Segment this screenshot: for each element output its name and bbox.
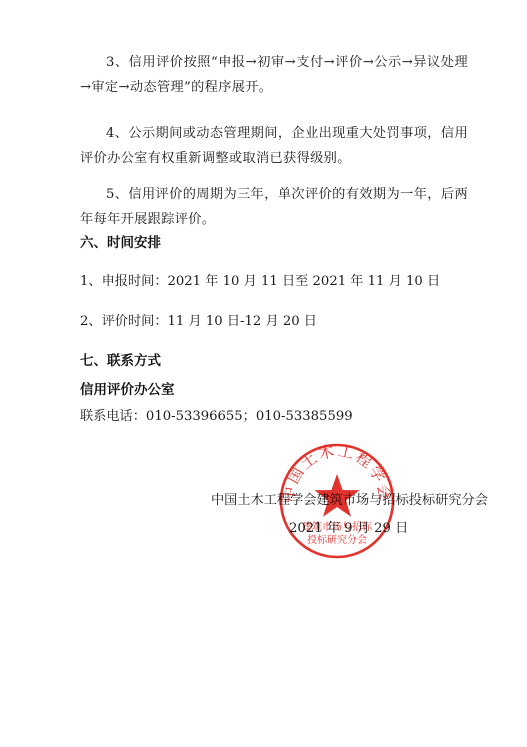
contact-office-name: 信用评价办公室 bbox=[80, 380, 175, 400]
paragraph-item-4: 4、公示期间或动态管理期间，企业出现重大处罚事项，信用评价办公室有权重新调整或取… bbox=[80, 121, 468, 171]
document-page: 3、信用评价按照“申报→初审→支付→评价→公示→异议处理→审定→动态管理”的程序… bbox=[0, 0, 527, 747]
paragraph-item-3: 3、信用评价按照“申报→初审→支付→评价→公示→异议处理→审定→动态管理”的程序… bbox=[80, 50, 468, 100]
seal-inner-line2: 投标研究分会 bbox=[307, 533, 367, 546]
star-icon bbox=[314, 474, 359, 517]
seal-inner-line1: 建筑市场与招标 bbox=[302, 520, 373, 533]
contact-phone: 联系电话：010-53396655；010-53385599 bbox=[80, 407, 353, 427]
official-seal-stamp: 中国土木工程学会 建筑市场与招标 投标研究分会 bbox=[278, 442, 396, 560]
section-heading-contact: 七、联系方式 bbox=[80, 351, 161, 371]
section-heading-schedule: 六、时间安排 bbox=[80, 233, 161, 253]
schedule-application-time: 1、申报时间：2021 年 10 月 11 日至 2021 年 11 月 10 … bbox=[80, 272, 440, 292]
schedule-evaluation-time: 2、评价时间：11 月 10 日-12 月 20 日 bbox=[80, 312, 317, 332]
paragraph-item-5: 5、信用评价的周期为三年，单次评价的有效期为一年，后两年每年开展跟踪评价。 bbox=[80, 182, 468, 232]
